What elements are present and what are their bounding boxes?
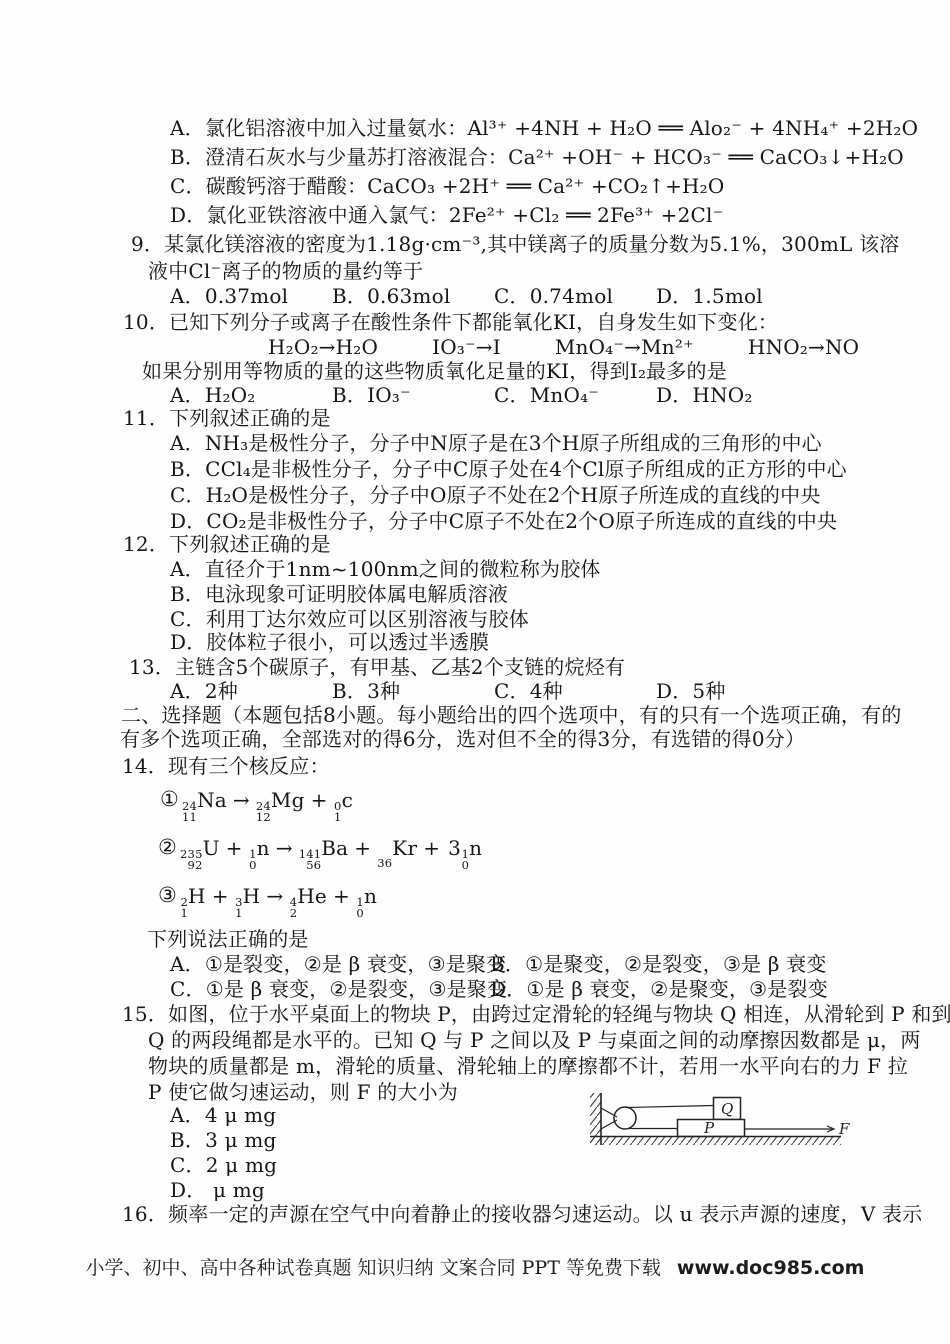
q9-option-d: D．1.5mol <box>656 284 763 308</box>
q14-option-c: C．①是 β 衰变，②是裂变，③是聚变 <box>170 976 490 1002</box>
q10-option-b: B．IO₃⁻ <box>332 382 494 408</box>
equation-1-label: ① <box>160 787 179 811</box>
q15-stem-line3: 物块的质量都是 m，滑轮的质量、滑轮轴上的摩擦都不计，若用一水平向右的力 F 拉 <box>148 1053 908 1079</box>
nuclide-ba: 14156Ba <box>299 835 349 870</box>
nuclide-n: 10n <box>249 835 270 870</box>
nuclide-c: 01c <box>334 787 353 822</box>
arrow-operator: → <box>270 836 299 860</box>
nuclear-equation-1: ①2411Na→2412Mg+01c <box>160 786 353 822</box>
exam-page: A．氯化铝溶液中加入过量氨水：Al³⁺ +4NH + H₂O ══ Alo₂⁻ … <box>0 0 950 1344</box>
q16-stem: 16．频率一定的声源在空气中向着静止的接收器匀速运动。以 u 表示声源的速度，V… <box>122 1201 922 1227</box>
q11-option-a: A．NH₃是极性分子，分子中N原子是在3个H原子所组成的三角形的中心 <box>170 430 822 456</box>
q15-option-d: D． μ mg <box>170 1177 265 1203</box>
q15-option-a: A．4 μ mg <box>170 1102 276 1128</box>
plus-operator: + <box>220 836 249 860</box>
nuclide-n: 10n <box>356 883 377 918</box>
nuclide-h2: 21H <box>180 883 206 918</box>
pulley-wheel <box>614 1107 636 1129</box>
nuclide-h3: 31H <box>235 883 261 918</box>
plus-operator: + <box>305 788 334 812</box>
q11-option-b: B．CCl₄是非极性分子，分子中C原子处在4个Cl原子所组成的正方形的中心 <box>170 456 847 482</box>
q10-stem: 10．已知下列分子或离子在酸性条件下都能氧化KI，自身发生如下变化： <box>123 309 778 335</box>
footer-text: 小学、初中、高中各种试卷真题 知识归纳 文案合同 PPT 等免费下载 <box>86 1257 661 1279</box>
plus-operator: + <box>348 836 377 860</box>
q10-lead: 如果分别用等物质的量的这些物质氧化足量的KI，得到I₂最多的是 <box>142 358 727 384</box>
nuclide-na: 2411Na <box>182 787 227 822</box>
equation-3-label: ③ <box>158 883 177 907</box>
q13-option-a: A．2种 <box>170 678 332 704</box>
ground-hatching <box>590 1137 841 1145</box>
q12-option-d: D．胶体粒子很小，可以透过半透膜 <box>170 629 489 655</box>
plus-operator: + <box>206 884 235 908</box>
plus-operator: + <box>327 884 356 908</box>
q13-stem: 13．主链含5个碳原子，有甲基、乙基2个支链的烷烃有 <box>129 654 625 680</box>
nuclide-mg: 2412Mg <box>256 787 305 822</box>
section2-header-line1: 二、选择题（本题包括8小题。每小题给出的四个选项中，有的只有一个选项正确，有的 <box>121 702 902 728</box>
q9-option-b: B．0.63mol <box>332 283 494 309</box>
q15-stem-line1: 15．如图，位于水平桌面上的物块 P，由跨过定滑轮的轻绳与物块 Q 相连，从滑轮… <box>122 1001 950 1027</box>
page-footer: 小学、初中、高中各种试卷真题 知识归纳 文案合同 PPT 等免费下载www.do… <box>0 1253 950 1280</box>
q10-option-c: C．MnO₄⁻ <box>494 382 656 408</box>
q14-option-d: D．①是 β 衰变，②是聚变，③是裂变 <box>490 977 828 1001</box>
q10-reaction-4: HNO₂→NO <box>748 334 859 360</box>
q10-reactions-row: H₂O₂→H₂OIO₃⁻→IMnO₄⁻→Mn²⁺HNO₂→NO <box>268 334 859 360</box>
q10-reaction-1: H₂O₂→H₂O <box>268 334 378 360</box>
q11-option-c: C．H₂O是极性分子，分子中O原子不处在2个H原子所连成的直线的中央 <box>170 482 821 508</box>
q13-options-row: A．2种B．3种C．4种D．5种 <box>170 678 726 704</box>
q14-options-row2: C．①是 β 衰变，②是裂变，③是聚变D．①是 β 衰变，②是聚变，③是裂变 <box>170 976 828 1002</box>
nuclear-equation-2: ②23592U+10n→14156Ba+36Kr+310n <box>158 834 482 870</box>
q8-option-a: A．氯化铝溶液中加入过量氨水：Al³⁺ +4NH + H₂O ══ Alo₂⁻ … <box>170 115 918 141</box>
equation-2-label: ② <box>158 835 177 859</box>
rope-to-Q <box>628 1106 713 1108</box>
footer-site-link[interactable]: www.doc985.com <box>677 1257 865 1279</box>
q11-stem: 11．下列叙述正确的是 <box>123 405 331 431</box>
q13-option-b: B．3种 <box>332 678 494 704</box>
q14-stem: 14．现有三个核反应： <box>122 753 330 779</box>
q14-lead: 下列说法正确的是 <box>147 926 309 952</box>
nuclide-he: 42He <box>289 883 327 918</box>
q8-option-c: C．碳酸钙溶于醋酸：CaCO₃ +2H⁺ ══ Ca²⁺ +CO₂↑+H₂O <box>170 173 725 199</box>
arrow-operator: → <box>227 788 256 812</box>
q14-options-row1: A．①是裂变，②是 β 衰变，③是聚变B．①是聚变，②是裂变，③是 β 衰变 <box>170 951 827 977</box>
q8-option-b: B．澄清石灰水与少量苏打溶液混合：Ca²⁺ +OH⁻ + HCO₃⁻ ══ Ca… <box>170 144 904 170</box>
q10-reaction-3: MnO₄⁻→Mn²⁺ <box>555 334 694 360</box>
q9-option-c: C．0.74mol <box>494 283 656 309</box>
q9-stem-line1: 9．某氯化镁溶液的密度为1.18g·cm⁻³,其中镁离子的质量分数为5.1%，3… <box>131 231 900 257</box>
q9-options-row: A．0.37molB．0.63molC．0.74molD．1.5mol <box>170 283 763 309</box>
q14-option-a: A．①是裂变，②是 β 衰变，③是聚变 <box>170 951 490 977</box>
q12-stem: 12．下列叙述正确的是 <box>123 531 331 557</box>
q12-option-b: B．电泳现象可证明胶体属电解质溶液 <box>170 581 508 607</box>
nuclide-n: 10n <box>461 835 482 870</box>
arrow-operator: → <box>260 884 289 908</box>
q15-option-c: C．2 μ mg <box>170 1152 277 1178</box>
nuclide-kr: 36Kr <box>377 835 417 869</box>
block-P-label: P <box>703 1119 715 1137</box>
q8-option-d: D．氯化亚铁溶液中通入氯气：2Fe²⁺ +Cl₂ ══ 2Fe³⁺ +2Cl⁻ <box>170 202 723 228</box>
section2-header-line2: 有多个选项正确，全部选对的得6分，选对但不全的得3分，有选错的得0分） <box>120 726 805 752</box>
nuclear-equation-3: ③21H+31H→42He+10n <box>158 882 377 918</box>
pulley-figure: Q P F <box>583 1089 873 1165</box>
q9-stem-line2: 液中Cl⁻离子的物质的量约等于 <box>148 258 423 284</box>
q13-option-d: D．5种 <box>656 679 726 703</box>
block-Q-label: Q <box>721 1100 733 1118</box>
q10-option-d: D．HNO₂ <box>656 383 753 407</box>
q9-option-a: A．0.37mol <box>170 283 332 309</box>
plus-operator: + <box>417 836 446 860</box>
q13-option-c: C．4种 <box>494 678 656 704</box>
nuclide-u: 23592U <box>180 835 220 870</box>
force-label: F <box>838 1120 850 1138</box>
coefficient: 3 <box>446 836 461 860</box>
q12-option-a: A．直径介于1nm~100nm之间的微粒称为胶体 <box>170 556 601 582</box>
q10-reaction-2: IO₃⁻→I <box>432 334 501 360</box>
q15-stem-line2: Q 的两段绳都是水平的。已知 Q 与 P 之间以及 P 与桌面之间的动摩擦因数都… <box>148 1027 921 1053</box>
q14-option-b: B．①是聚变，②是裂变，③是 β 衰变 <box>490 952 827 976</box>
q15-option-b: B．3 μ mg <box>170 1127 277 1153</box>
